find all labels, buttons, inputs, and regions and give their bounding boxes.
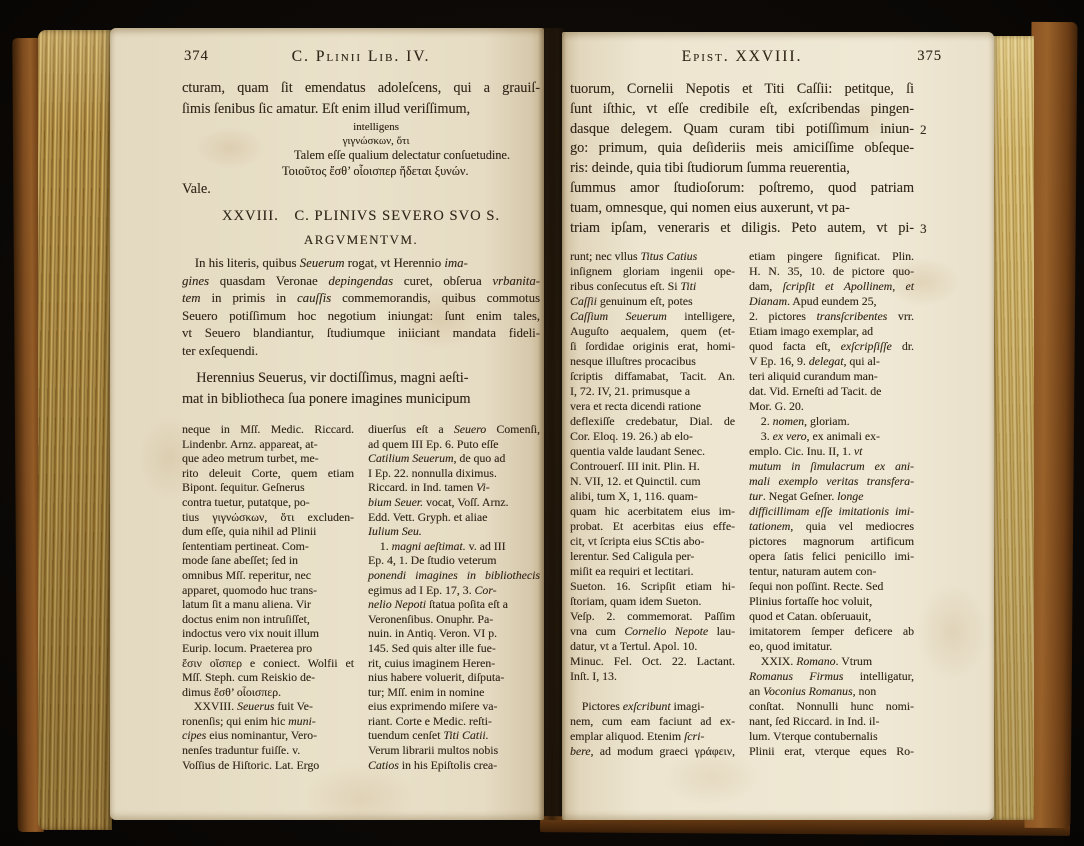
text-line: ronenſis; qui enim hic muni- [182,714,354,729]
text-line: omnibus Mſſ. reperitur, nec [182,568,354,583]
text-line: Minuc. Fel. Oct. 22. Lactant. [570,654,735,669]
argument-heading: ARGVMENTVM. [182,232,540,248]
text-line: mutum in ſimulacrum ex ani- [749,459,914,474]
text-line: riant. Corte e Medic. reſti- [368,714,540,729]
text-line: ſtoriam, quam idem Sueton. [570,594,735,609]
text-line: quod facta eſt, exſcripſiſſe dr. [749,339,914,354]
text-line: Lindenbr. Arnz. appareat, at- [182,437,354,452]
footnote-column-1: runt; nec vllus Titus Catiusinſignem glo… [570,249,735,759]
main-text-block: cturam, quam ſit emendatus adoleſcens, q… [182,78,540,120]
text-line: ponendi imagines in bibliothecis [368,568,540,583]
text-line: Plinius fortaſſe hoc voluit, [749,594,914,609]
text-line: tem in primis in cauſſis commemorandis, … [182,290,540,308]
text-line [570,684,735,699]
text-line: V Ep. 16, 9. delegat, qui al- [749,354,914,369]
text-line: XXIX. Romano. Vtrum [749,654,914,669]
text-line: Talem eſſe qualium delectatur conſuetudi… [182,148,540,164]
text-line: datur, vt a Tertul. Apol. 10. [570,639,735,654]
text-line: Veſp. 2. commemorat. Paſſim [570,609,735,624]
text-line: Mor. G. 20. [749,399,914,414]
text-line: bere, ad modum graeci γράφειν, [570,744,735,759]
text-line: vera et recta dicendi ratione [570,399,735,414]
text-line: Dianam. Apud eundem 25, [749,294,914,309]
left-page: 374 C. Plinii Lib. IV. cturam, quam ſit … [110,28,544,820]
text-line: quod et Catan. obſeruauit, [749,609,914,624]
text-line: ribus conſecutus eſt. Si Titi [570,279,735,294]
text-line: alibi, tum X, 1, 116. quam- [570,489,735,504]
text-line: gines quasdam Veronae depingendas curet,… [182,273,540,291]
text-line: N. VII, 12. et Quinctil. cum [570,474,735,489]
text-line: Plinii erat, vterque eques Ro- [749,744,914,759]
left-page-header: 374 C. Plinii Lib. IV. [182,48,540,68]
greek-quote-block: intelligensγιγνώσκων, ὅτιTalem eſſe qual… [182,120,540,179]
footnotes: runt; nec vllus Titus Catiusinſignem glo… [570,249,914,759]
text-line: Inſt. I, 13. [570,669,735,684]
text-line: conſtat. Nonnulli hunc nomi- [749,699,914,714]
text-line: ter exſequendi. [182,343,540,361]
text-line: dasque delegem. Quam curam tibi potiſſim… [570,120,914,140]
text-line: miſit ea requiri et lectitari. [570,564,735,579]
text-line: Τοιοῦτος ἔσθ’ οἷοισπερ ἥδεται ξυνών. [182,164,540,180]
text-line: γιγνώσκων, ὅτι [182,134,540,148]
text-line: eo, quod imitatur. [749,639,914,654]
text-line: tentur, naturam autem con- [749,564,914,579]
text-line: teri aliquid curandum man- [749,369,914,384]
text-line: tius γιγνώσκων, ὅτι excluden- [182,510,354,525]
text-line: nius habere voluerit, diſputa- [368,670,540,685]
text-line: ſummus amor ſtudioſorum: poſtremo, quod … [570,179,914,199]
text-line: contra tuetur, putatque, po- [182,495,354,510]
text-line: mat in bibliotheca ſua ponere imagines m… [182,389,540,410]
text-line: quentia valde laudant Senec. [570,444,735,459]
text-line: tur; Mſſ. enim in nomine [368,685,540,700]
text-line: 1. magni aeſtimat. v. ad III [368,539,540,554]
text-line: Controuerſ. III init. Plin. H. [570,459,735,474]
main-text-block: tuorum, Cornelii Nepotis et Titi Caſſii:… [570,80,914,238]
running-title-left: C. Plinii Lib. IV. [182,48,540,66]
text-line: diuerſus eſt a Seuero Comenſi, [368,422,540,437]
text-line: cipes eius nominantur, Vero- [182,728,354,743]
right-page-header: Epist. XXVIII. 375 [570,48,914,68]
margin-section-number: 2 [920,122,940,138]
text-line: ſcriptis diffamabat, Tacit. An. [570,369,735,384]
text-line: rito deleuit Corte, quem etiam [182,466,354,481]
text-line: Cor. Eloq. 19. 26.) ab elo- [570,429,735,444]
right-page: Epist. XXVIII. 375 tuorum, Cornelii Nepo… [562,32,994,820]
page-number-left: 374 [184,48,209,65]
open-book-photo: 374 C. Plinii Lib. IV. cturam, quam ſit … [0,0,1084,846]
text-line: lum. Vterque contubernalis [749,729,914,744]
text-line: opera ſatis felici penicillo imi- [749,549,914,564]
running-title-right: Epist. XXVIII. [570,48,914,66]
text-line: pictores magnorum artificum [749,534,914,549]
text-line: 145. Sed quis alter ille fue- [368,641,540,656]
text-line: Riccard. in Ind. tamen Vi- [368,480,540,495]
text-line: nesque illuſtres procacibus [570,354,735,369]
text-line: In his literis, quibus Seuerum rogat, vt… [182,255,540,273]
text-line: Romanus Firmus intelligatur, [749,669,914,684]
text-line: inſignem gloriam ingenii ope- [570,264,735,279]
text-line: probat. Et acerbitas eius effe- [570,519,735,534]
left-page-text-area: 374 C. Plinii Lib. IV. cturam, quam ſit … [182,48,540,772]
text-line: XXVIII. Seuerus fuit Ve- [182,699,354,714]
text-line: Veronenſibus. Onuphr. Pa- [368,612,540,627]
text-line: Mſſ. Steph. cum Reiskio de- [182,670,354,685]
text-line: Auguſto aequalem, quem (et- [570,324,735,339]
text-line: I, 72. IV, 21. primusque a [570,384,735,399]
text-line: Catios in his Epiſtolis crea- [368,758,540,773]
text-line: dum eſſe, quia nihil ad Plinii [182,524,354,539]
text-line: tuorum, Cornelii Nepotis et Titi Caſſii:… [570,80,914,100]
text-line: dam, ſcripſit et Apollinem, et [749,279,914,294]
page-number-right: 375 [917,48,942,65]
text-line: Ep. 4, 1. De ſtudio veterum [368,553,540,568]
text-line: imitatorem ſemper deficere ab [749,624,914,639]
text-line: Sueton. 16. Scripſit etiam hi- [570,579,735,594]
text-line: tuam, omnesque, qui nomen eius auxerunt,… [570,199,914,219]
text-line: nuin. in Antiq. Veron. VI p. [368,626,540,641]
text-line: runt; nec vllus Titus Catius [570,249,735,264]
text-line: tationem, quia vel mediocres [749,519,914,534]
page-block-fore-edge-right [992,36,1034,820]
text-line: nem, cum eam faciunt ad ex- [570,714,735,729]
text-line: ſententiam pertineat. Com- [182,539,354,554]
text-line: neque in Mſſ. Medic. Riccard. [182,422,354,437]
text-line: Verum librarii multos nobis [368,743,540,758]
book-gutter-shadow [538,28,566,820]
text-line: nenſes traduntur fuiſſe. v. [182,743,354,758]
text-line: Caſſium Seuerum intelligere, [570,309,735,324]
text-line: tur. Negat Geſner. longe [749,489,914,504]
text-line: que adeo metrum turbet, me- [182,451,354,466]
text-line: Etiam imago exemplar, ad [749,324,914,339]
text-line: lerentur. Sed Caligula per- [570,549,735,564]
text-line: Seuero potiſſimum hoc negotium iniungat:… [182,308,540,326]
text-line: ad quem III Ep. 6. Puto eſſe [368,437,540,452]
text-line: Edd. Vett. Gryph. et aliae [368,510,540,525]
text-line: quam hic acerbitatem eius im- [570,504,735,519]
text-line: an Voconius Romanus, non [749,684,914,699]
text-line: cit, vt ſcripta eius SCtis abo- [570,534,735,549]
text-line: ſunt iſthic, vt eſſe credibile eſt, exſc… [570,100,914,120]
text-line: egimus ad I Ep. 17, 3. Cor- [368,583,540,598]
footnotes: neque in Mſſ. Medic. Riccard.Lindenbr. A… [182,422,540,772]
text-line: Caſſii genuinum eſt, potes [570,294,735,309]
text-line: emplar aliquod. Etenim ſcri- [570,729,735,744]
text-line: nelio Nepoti ſtatua poſita eſt a [368,597,540,612]
text-line: mode ſane abeſſet; ſed in [182,553,354,568]
text-line: ſi ſordidae originis erat, homi- [570,339,735,354]
text-line: nant, ſed Riccard. in Ind. il- [749,714,914,729]
letter-closing: Vale. [182,179,540,199]
page-block-fore-edge-left [38,30,112,830]
text-line: H. N. 35, 10. de pictore quo- [749,264,914,279]
text-line: intelligens [182,120,540,134]
text-line: mali exemplo veritas transfera- [749,474,914,489]
text-line: I Ep. 22. nonnulla diximus. [368,466,540,481]
text-line: cturam, quam ſit emendatus adoleſcens, q… [182,78,540,99]
text-line: triam ipſam, veneraris et diligis. Peto … [570,219,914,239]
text-line: Catilium Seuerum, de quo ad [368,451,540,466]
text-line: eius exprimendo miſere va- [368,699,540,714]
argument-text-block: In his literis, quibus Seuerum rogat, vt… [182,255,540,360]
text-line: deflexiſſe credebatur, Dial. de [570,414,735,429]
text-line: Pictores exſcribunt imagi- [570,699,735,714]
text-line: tuendum cenſet Titi Catii. [368,728,540,743]
text-line: Bipont. ſequitur. Geſnerus [182,480,354,495]
letter-heading: XXVIII. C. PLINIVS SEVERO SVO S. [182,208,540,225]
text-line: vt Seuero blandiantur, ſtudiumque iniici… [182,325,540,343]
text-line: rit, cuius imaginem Heren- [368,656,540,671]
text-line: Iulium Seu. [368,524,540,539]
text-line: doctus enim non intruſiſſet, [182,612,354,627]
text-line: go: primum, quia deſideriis meis amiciſſ… [570,139,914,159]
text-line: ſimis ſenibus ſic amatur. Eſt enim illud… [182,99,540,120]
text-line: Herennius Seuerus, vir doctiſſimus, magn… [182,368,540,389]
footnote-column-2: etiam pingere ſignificat. Plin.H. N. 35,… [749,249,914,759]
right-page-text-area: Epist. XXVIII. 375 tuorum, Cornelii Nepo… [570,48,914,759]
text-line: Eurip. locum. Praeterea pro [182,641,354,656]
text-line: latum ſit a manu aliena. Vir [182,597,354,612]
text-line: 2. pictores transſcribentes vrr. [749,309,914,324]
text-line: dimus ἔσθ’ οἷοισπερ. [182,685,354,700]
text-line: indoctus vero vix nouit illum [182,626,354,641]
text-line: ris: deinde, quia tibi ſtudiorum ſumma r… [570,159,914,179]
text-line: apparet, quomodo huc trans- [182,583,354,598]
text-line: vna cum Cornelio Nepote lau- [570,624,735,639]
text-line: 2. nomen, gloriam. [749,414,914,429]
footnote-column-2: diuerſus eſt a Seuero Comenſi,ad quem II… [368,422,540,772]
text-line: ſequi non poſſint. Recte. Sed [749,579,914,594]
text-line: bium Seuer. vocat, Voſſ. Arnz. [368,495,540,510]
text-line: 3. ex vero, ex animali ex- [749,429,914,444]
text-line: difficillimam eſſe imitationis imi- [749,504,914,519]
footnote-column-1: neque in Mſſ. Medic. Riccard.Lindenbr. A… [182,422,354,772]
text-line: ἔσιν οἵσπερ e coniect. Wolfii et [182,656,354,671]
text-line: etiam pingere ſignificat. Plin. [749,249,914,264]
text-line: dat. Vid. Erneſti ad Tacit. de [749,384,914,399]
margin-section-number: 3 [920,221,940,237]
text-line: emplo. Cic. Inu. II, 1. vt [749,444,914,459]
letter-text-block: Herennius Seuerus, vir doctiſſimus, magn… [182,368,540,410]
text-line: Voſſius de Hiſtoric. Lat. Ergo [182,758,354,773]
